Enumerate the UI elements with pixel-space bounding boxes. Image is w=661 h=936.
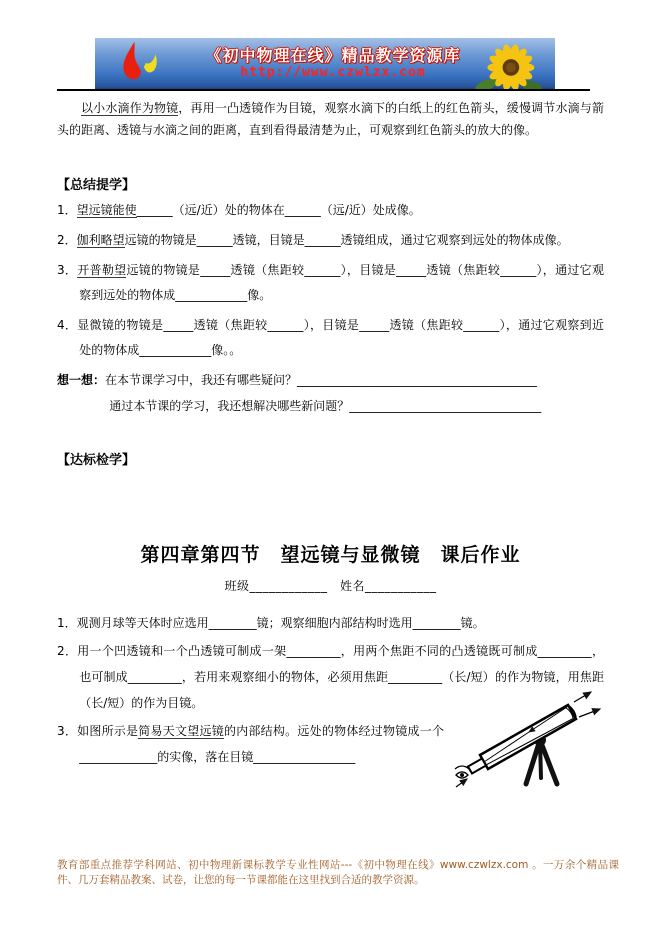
item-underlined-phrase: 伽利略望 xyxy=(77,233,125,248)
check-heading: 【达标检学】 xyxy=(57,449,604,468)
think-question-1: 在本节课学习中，我还有哪些疑问？ xyxy=(105,373,297,387)
homework-title: 第四章第四节 望远镜与显微镜 课后作业 xyxy=(57,540,604,567)
item-underlined-phrase: 望远镜能使 xyxy=(77,203,137,218)
item-text: ______（远/近）处的物体在______（远/近）处成像。 xyxy=(137,203,421,217)
summary-item-4: 4．显微镜的物镜是_____透镜（焦距较______），目镜是_____透镜（焦… xyxy=(57,313,604,363)
question-number: 2． xyxy=(57,644,77,658)
intro-paragraph: 以小水滴作为物镜，再用一凸透镜作为目镜，观察水滴下的白纸上的红色箭头，缓慢调节水… xyxy=(57,97,604,141)
class-name-line: 班级____________ 姓名___________ xyxy=(57,577,604,594)
summary-item-3: 3．开普勒望远镜的物镜是_____透镜（焦距较______），目镜是_____透… xyxy=(57,258,604,308)
think-block: 想一想：在本节课学习中，我还有哪些疑问？____________________… xyxy=(57,367,604,419)
item-text: 远镜的物镜是_____透镜（焦距较______），目镜是_____透镜（焦距较_… xyxy=(79,263,604,302)
footer-promo-text: 教育部重点推荐学科网站、初中物理新课标教学专业性网站---《初中物理在线》www… xyxy=(57,858,619,888)
banner-site-url[interactable]: http://www.czwlzx.com xyxy=(203,65,463,80)
item-number: 4． xyxy=(57,318,77,332)
think-question-2: 通过本节课的学习，我还想解决哪些新问题？ xyxy=(109,399,349,413)
item-underlined-phrase: 开普勒望 xyxy=(77,263,126,278)
item-text: 远镜的物镜是______透镜，目镜是______透镜组成，通过它观察到远处的物体… xyxy=(125,233,569,247)
summary-item-1: 1．望远镜能使______（远/近）处的物体在______（远/近）处成像。 xyxy=(57,198,604,223)
homework-question-1: 1．观测月球等天体时应选用________镜；观察细胞内部结构时选用______… xyxy=(57,610,604,636)
answer-blank: ________________________________________ xyxy=(297,373,537,387)
question-number: 1． xyxy=(57,616,77,630)
header-banner: 《初中物理在线》精品教学资源库 http://www.czwlzx.com xyxy=(95,38,555,90)
think-line-2: 通过本节课的学习，我还想解决哪些新问题？____________________… xyxy=(109,393,604,419)
item-text: 显微镜的物镜是_____透镜（焦距较______），目镜是_____透镜（焦距较… xyxy=(77,318,604,357)
summary-item-2: 2．伽利略望远镜的物镜是______透镜，目镜是______透镜组成，通过它观察… xyxy=(57,228,604,253)
question-text: 观测月球等天体时应选用________镜；观察细胞内部结构时选用________… xyxy=(77,616,485,630)
item-number: 1． xyxy=(57,203,77,217)
answer-blank: ________________________________ xyxy=(349,399,541,413)
banner-site-title: 《初中物理在线》精品教学资源库 xyxy=(183,43,483,66)
sunflower-icon xyxy=(457,41,555,90)
homework-question-3: 3．如图所示是简易天文望远镜的内部结构。远处的物体经过物镜成一个________… xyxy=(57,718,604,770)
site-logo-icon xyxy=(113,40,171,88)
question-number: 3． xyxy=(57,724,77,738)
question-underlined-phrase: 简易天文望远镜 xyxy=(138,724,224,739)
telescope-figure xyxy=(454,690,604,790)
item-number: 2． xyxy=(57,233,77,247)
summary-heading: 【总结提学】 xyxy=(57,174,604,193)
page-body: 以小水滴作为物镜，再用一凸透镜作为目镜，观察水滴下的白纸上的红色箭头，缓慢调节水… xyxy=(57,97,604,790)
item-number: 3． xyxy=(57,263,77,277)
intro-underlined-phrase: 以小水滴作为物镜 xyxy=(81,101,178,116)
question-text: 如图所示是 xyxy=(77,724,138,738)
header-divider xyxy=(57,89,590,91)
think-label: 想一想： xyxy=(57,373,105,387)
think-line-1: 想一想：在本节课学习中，我还有哪些疑问？____________________… xyxy=(57,367,604,393)
